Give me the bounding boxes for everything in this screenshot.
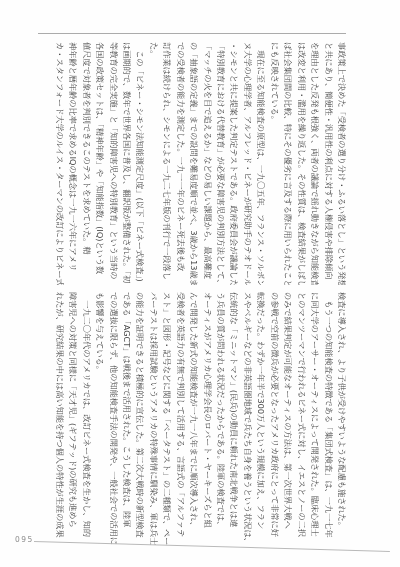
book-page-scan: 事政策上で決めた「受検者の選り分け・ふるい落とし」という発想と共にあり、簡便性・… bbox=[0, 0, 400, 567]
text-row: ・シモンと共に提案した判定テストである。政府委員会が議論した bbox=[227, 42, 240, 285]
text-row: とのマンツーマンで行われるビネー式に対し、イエスとノーの二択 bbox=[294, 292, 307, 554]
text-row: での選抜に限らず、他の知能検査手法の開発や、一般社会での活用に bbox=[106, 292, 119, 554]
text-row: パーテストは採用試験というアメリカの特殊事情に馴染み、軍は兵士 bbox=[146, 292, 159, 554]
text-row: オーティスがアメリカ心理学会長のロバート・ヤーキーズらと組 bbox=[200, 292, 213, 554]
text-row: 伝統的な「ミニットマン」(民兵)の動員に頼れた南北戦争とは違 bbox=[227, 292, 240, 554]
text-row: である「AGCT」は戦後まで活用された。こうした検査は、陸軍 bbox=[120, 292, 133, 554]
text-row: 障害児への対策と同様に「天才児」(ギフテッド)の研究も進めら bbox=[66, 292, 79, 554]
text-row: もう一つの知能検査の特徴である「集団式検査」は、一九一七年 bbox=[321, 292, 334, 554]
text-row: 現在に至る知能検査の原型は、一九〇五年、フランス・ソルボン bbox=[254, 42, 267, 285]
text-block-second: 検査に導入され、より子供が受けやすいような配慮も施された。 もう一つの知能検査の… bbox=[48, 292, 348, 554]
text-row: の能力を証明できると積極的に宣伝した。第二次大戦時の新型検査 bbox=[133, 292, 146, 554]
page-number: 095 bbox=[15, 535, 34, 544]
text-row: に同大学のアーサー・オーティスによって開発された。臨床心理士 bbox=[308, 292, 321, 554]
text-row: を理由とした反発も根強く、両者の議論で揺れ動きながら知能検査 bbox=[308, 42, 321, 285]
text-row: の参戦で空前の徴兵が必要となったアメリカ政府にとって非常に好 bbox=[267, 292, 280, 554]
text-row: は画期的で、数年で世界各国に普及し、翻訳版が整備された。「初 bbox=[120, 42, 133, 285]
text-row: う兵員の質が問われる状況だったからである。陸軍の検査では、 bbox=[214, 292, 227, 554]
text-row: も影響を与えている。 bbox=[93, 292, 106, 554]
text-row: の「抽象語の定義」までの設問を難易度順で並べ、3歳から13歳ま bbox=[187, 42, 200, 285]
text-row: ヌ大学の心理学者、アルフレッド・ビネーが研究助手のテオドール bbox=[241, 42, 254, 285]
rotated-page-content: 事政策上で決めた「受検者の選り分け・ふるい落とし」という発想と共にあり、簡便性・… bbox=[0, 0, 400, 567]
text-row: この「ビネー・シモン法知能測定尺度」(以下「ビネー式検査」) bbox=[133, 42, 146, 285]
text-row: 転換だった。わずか一年半で300万人という規模に加え、フラン bbox=[254, 292, 267, 554]
text-row: 受検者を英語力の有無で判別して活用する、言語式の「アルファテ bbox=[173, 292, 186, 554]
text-row: にも反映されている。 bbox=[267, 42, 280, 285]
text-row: スやベルギーなどの非英語圏地域で兵たち自身を養うという状況は、 bbox=[241, 292, 254, 554]
text-block-first: 事政策上で決めた「受検者の選り分け・ふるい落とし」という発想と共にあり、簡便性・… bbox=[48, 42, 348, 285]
text-row: 「マッチの火を目で追えるか」などの易しい課題から、最高難度 bbox=[200, 42, 213, 285]
text-row: と共にあり、簡便性・汎用性の利点に対する人権侵害や排除傾向 bbox=[321, 42, 334, 285]
text-row: れたが、研究結果の中には高い知能を持つ個人の特性が生涯の成果 bbox=[52, 292, 65, 554]
text-row: 各国の政策セットは、「精神年齢」や「知能指数」(IQ)という数 bbox=[93, 42, 106, 285]
text-row: た。 bbox=[146, 42, 159, 285]
text-row: 事政策上で決めた「受検者の選り分け・ふるい落とし」という発想 bbox=[335, 42, 348, 285]
text-row: 訂作業は続けられ、シモンによる一九二七年版の刊行で一段落し bbox=[160, 42, 173, 285]
text-row: での受検者の能力を測定した。一九一一年のビネー死去後も改 bbox=[173, 42, 186, 285]
text-row: んで開発した新式の知能検査が一九一八年までに順次導入され、 bbox=[187, 292, 200, 554]
text-row: は改変と利用・濫用を繰り返した。その性質は、検査結果がしばし bbox=[294, 42, 307, 285]
text-row: スト」と図形・記号などに関する「ベータテスト」の二種類で、ペー bbox=[160, 292, 173, 554]
text-row: 一九二〇年代のアメリカでは、改訂ビネー式検査を生かし、知的 bbox=[79, 292, 92, 554]
text-row: 値尺度で対象者を判別できるこのテストを求めていた。精 bbox=[79, 42, 92, 285]
text-row: 「特別教育における代替教育」が必要な障害児の判別方法として、 bbox=[214, 42, 227, 285]
text-row: 神年齢と暦年齢の比率で求めるIQの概念は一九一六年にアメリ bbox=[66, 42, 79, 285]
text-row: 等教育の完全実施」と「知的障害児への特別教育」という当時の bbox=[106, 42, 119, 285]
text-row: のみで結果判定が可能なオーティスの方法は、第一次世界大戦へ bbox=[281, 292, 294, 554]
text-row: カ・スタンフォード大学のルイス・ターマンの改訂によりビネー式 bbox=[52, 42, 65, 285]
text-row: 検査に導入され、より子供が受けやすいような配慮も施された。 bbox=[335, 292, 348, 554]
text-row: ば社会集団間の比較、特にその優劣に言及する際に用いられたこと bbox=[281, 42, 294, 285]
